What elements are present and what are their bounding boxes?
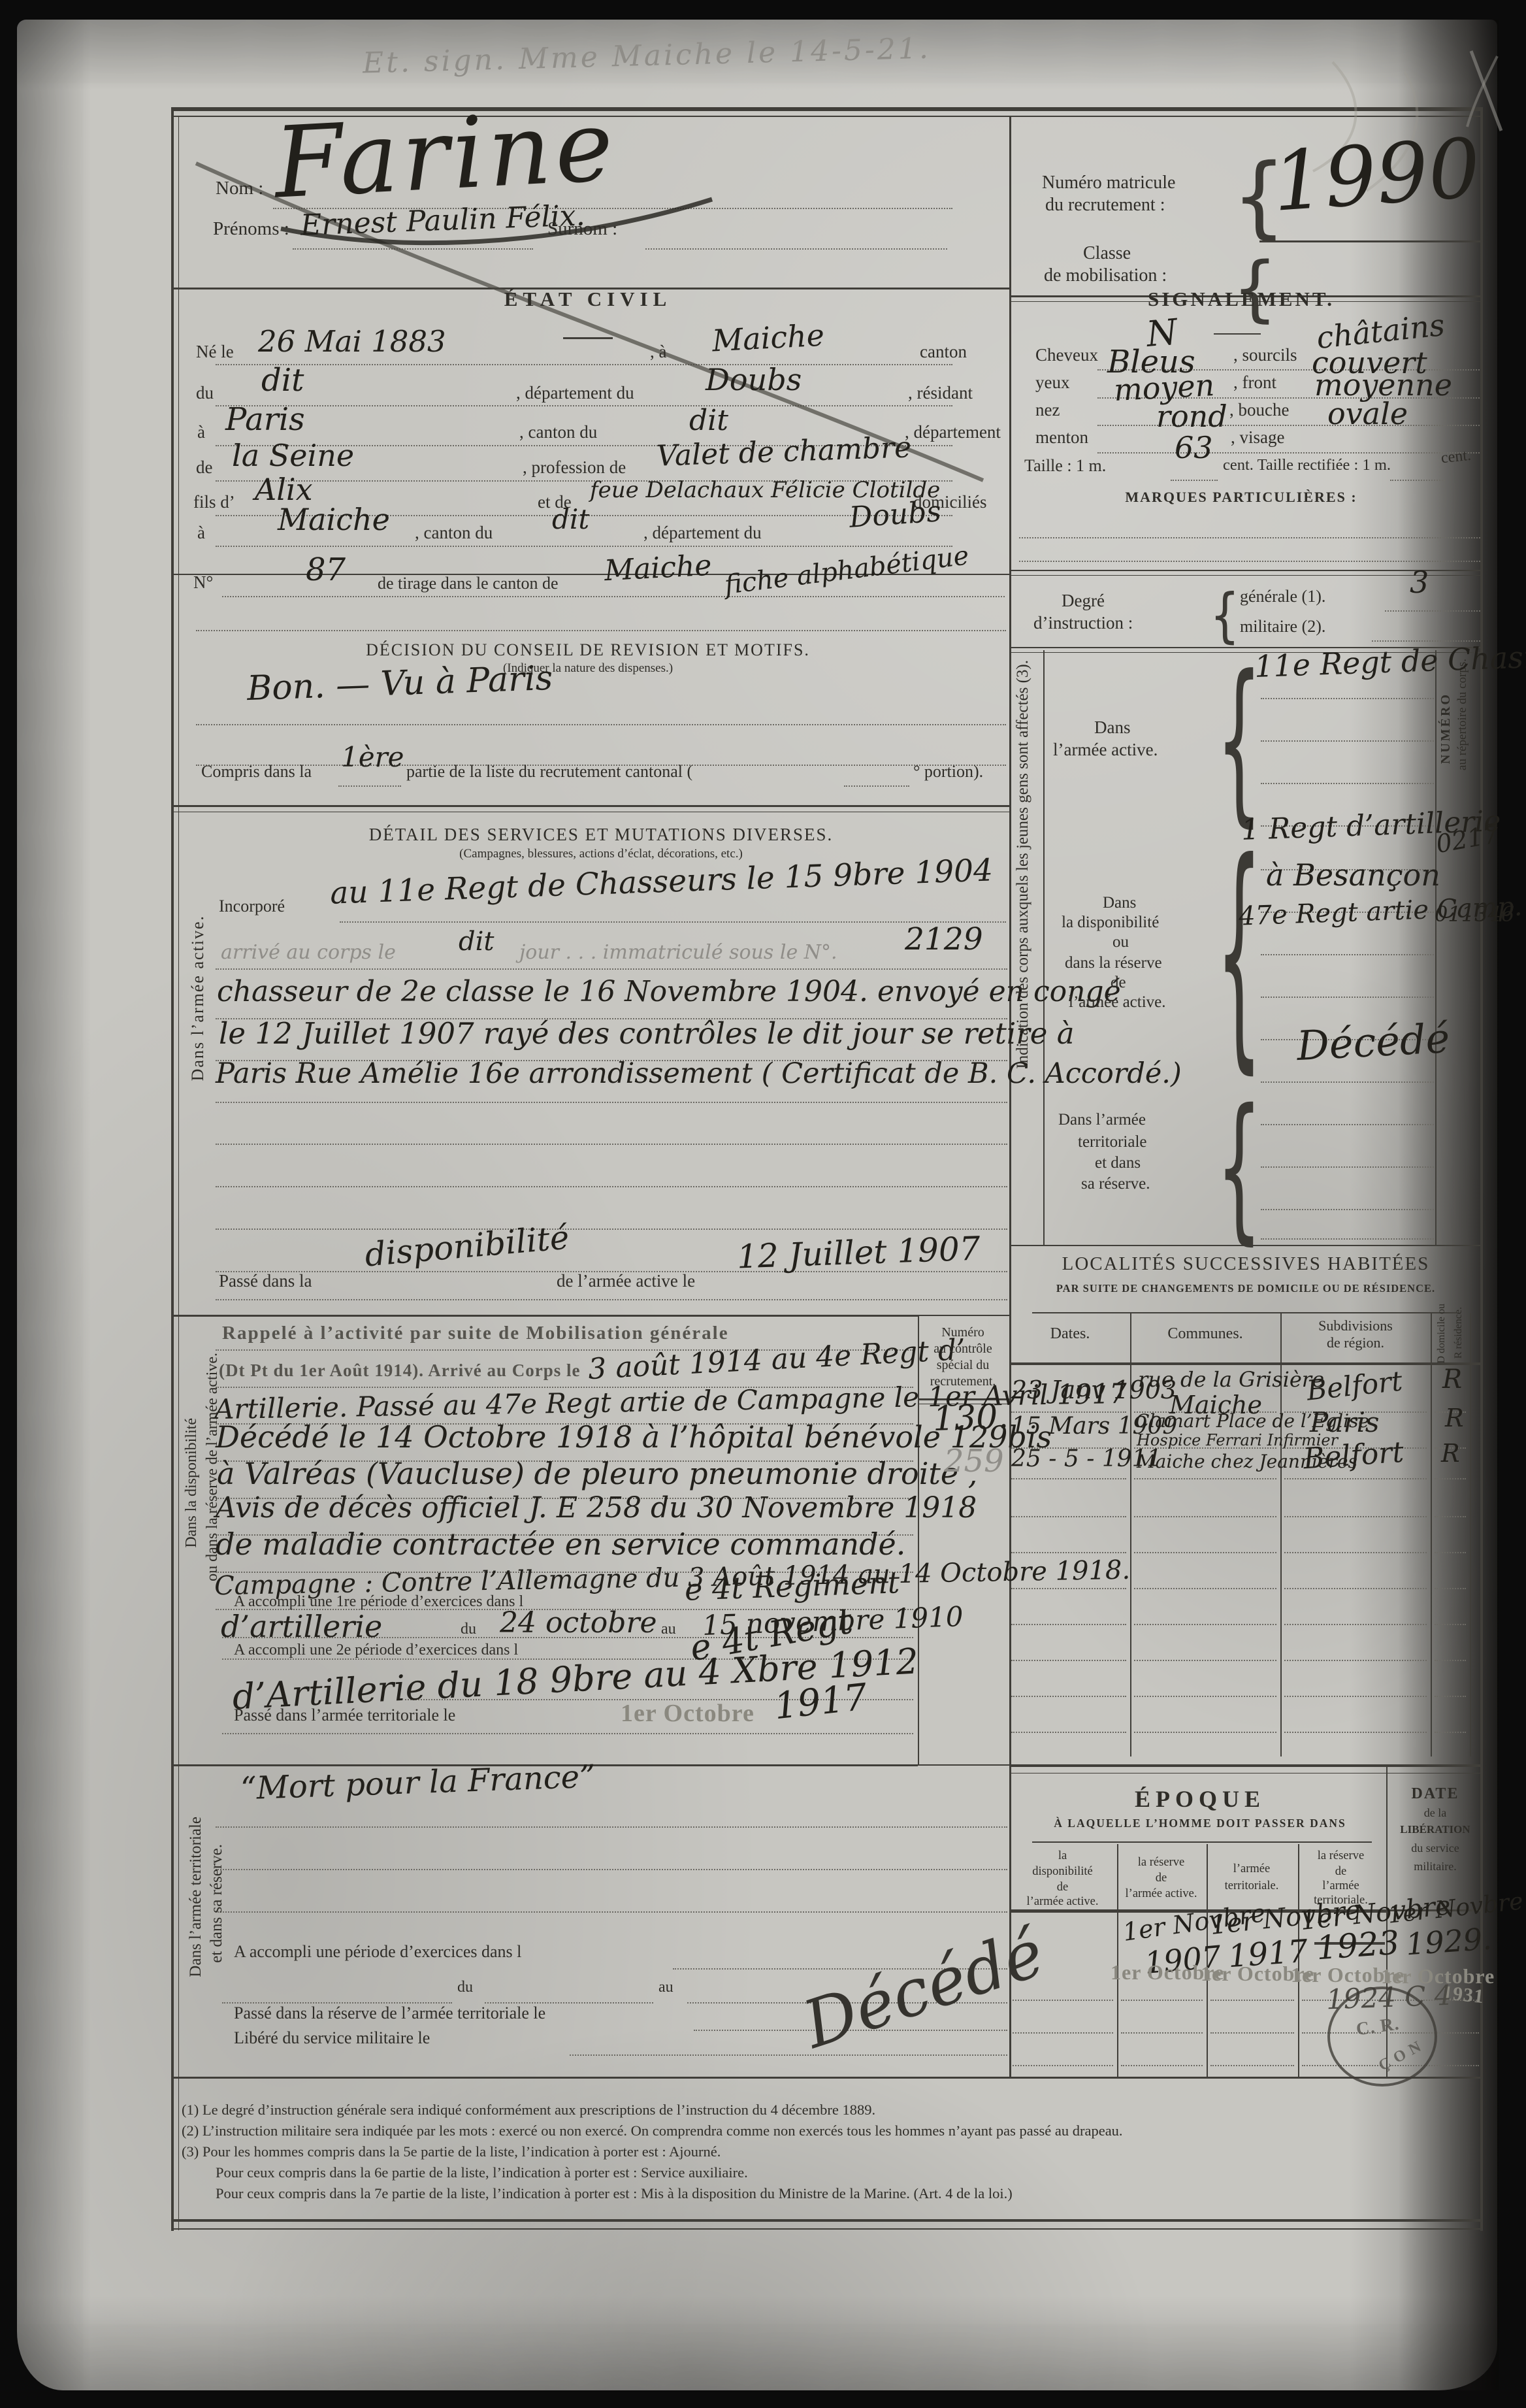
front-label: , front — [1233, 372, 1276, 393]
numero-controle-h4: recrutement. — [920, 1374, 1006, 1389]
periode1-date1: 24 octobre — [500, 1606, 657, 1640]
passe-disponibilite-label: Passé dans la — [219, 1271, 312, 1291]
dispo-label-2: la disponibilité — [1062, 914, 1159, 932]
localite-row3-dr: R — [1441, 1439, 1460, 1468]
nom-label: Nom : — [216, 178, 263, 199]
a-label: , à — [650, 342, 666, 362]
taille-value: 63 — [1175, 430, 1213, 465]
deces-line: Décédé le 14 Octobre 1918 à l’hôpital bé… — [216, 1419, 1052, 1455]
classe-label-line1: Classe — [1083, 243, 1131, 264]
degre-label-2: d’instruction : — [1033, 613, 1133, 633]
periode1-arme: d’artillerie — [221, 1609, 382, 1644]
side-label-disponibilite-1: Dans la disponibilité — [183, 1418, 201, 1548]
epoque-col4-h1: la réserve — [1298, 1849, 1384, 1863]
departement-residence-value: la Seine — [232, 438, 354, 473]
instruction-generale-label: générale (1). — [1240, 587, 1325, 606]
compris-label: Compris dans la — [201, 762, 312, 782]
scanned-military-record-page: Et. sign. Mme Maiche le 14-5-21. Farine … — [0, 0, 1526, 2408]
yeux-label: yeux — [1035, 372, 1069, 393]
dispo-label-5: de — [1111, 974, 1126, 992]
sourcils-label: , sourcils — [1233, 345, 1297, 365]
de-label: de — [196, 457, 212, 478]
cheveux-label: Cheveux — [1035, 345, 1098, 365]
localite-row2-dr: R — [1445, 1404, 1464, 1432]
immatricule-number: 2129 — [905, 921, 983, 957]
epoque-col4-h2: de — [1298, 1865, 1384, 1879]
signalement-title: SIGNALEMENT. — [1045, 288, 1437, 311]
passe-armee-active-label: de l’armée active le — [557, 1271, 695, 1291]
epoque-col1-h3: de — [1009, 1881, 1116, 1894]
matricule-number: 1990 — [1269, 121, 1483, 230]
matricule-label-line1: Numéro matricule — [1042, 173, 1175, 193]
periode1-label: A accompli une 1re période d’exercices d… — [234, 1593, 523, 1611]
footnote-3: (3) Pour les hommes compris dans la 5e p… — [182, 2143, 721, 2160]
col-dr-header-2: R résidence. — [1453, 1307, 1465, 1359]
corps-terr-label-2: territoriale — [1078, 1133, 1147, 1151]
epoque-col3-h2: territoriale. — [1207, 1879, 1297, 1893]
domicile-canton-label: , canton du — [415, 523, 493, 543]
domicile-a-label: à — [197, 523, 205, 543]
corps-terr-label-1: Dans l’armée — [1058, 1111, 1146, 1129]
compris-value: 1ère — [341, 741, 404, 773]
col-subdiv-header-2: de région. — [1284, 1334, 1427, 1351]
periode1-du-label: du — [461, 1621, 476, 1638]
libere-label: Libéré du service militaire le — [234, 2028, 430, 2048]
domicile-departement-value: Doubs — [848, 495, 942, 535]
dispo-label-6: l’armée active. — [1069, 993, 1166, 1012]
epoque-col2-h3: l’armée active. — [1117, 1887, 1205, 1901]
passe-territoriale-label: Passé dans l’armée territoriale le — [234, 1706, 455, 1725]
canton-dit-value: dit — [261, 362, 304, 399]
incorpore-label: Incorporé — [219, 897, 285, 916]
footnote-1: (1) Le degré d’instruction générale sera… — [182, 2102, 875, 2119]
maladie-line: de maladie contractée en service command… — [216, 1526, 905, 1562]
localites-subtitle: PAR SUITE DE CHANGEMENTS DE DOMICILE OU … — [1017, 1282, 1474, 1295]
tirage-label: de tirage dans le canton de — [378, 574, 559, 593]
reserve-territoriale-label: Passé dans la réserve de l’armée territo… — [234, 2004, 545, 2023]
taille-cent-label: cent. — [1440, 447, 1472, 468]
bouche-label: , bouche — [1229, 400, 1289, 420]
col-dr-header-1: D domicile ou — [1436, 1304, 1448, 1364]
compris-label-2: partie de la liste du recrutement canton… — [406, 762, 692, 782]
date-header-1: DATE — [1389, 1785, 1482, 1803]
rappele-stamp-line2: (Dt Pt du 1er Août 1914). Arrivé au Corp… — [219, 1361, 580, 1381]
degre-label-1: Degré — [1062, 591, 1105, 611]
departement-value: Doubs — [706, 362, 802, 397]
instruction-generale-value: 3 — [1410, 565, 1429, 600]
dispo-label-4: dans la réserve — [1065, 954, 1162, 972]
periode-territoriale-label: A accompli une période d’exercices dans … — [234, 1942, 521, 1962]
localites-title: LOCALITÉS SUCCESSIVES HABITÉES — [1017, 1253, 1474, 1275]
periode2-label: A accompli une 2e période d’exercices da… — [234, 1641, 518, 1659]
side-label-territoriale-2: et dans sa réserve. — [208, 1844, 226, 1963]
dispo-entry-2: à Besançon — [1266, 857, 1440, 893]
au-label: au — [658, 1979, 674, 1996]
armee-active-label-2: l’armée active. — [1053, 740, 1158, 760]
canton-du-label: , canton du — [519, 422, 597, 442]
taille-label: Taille : 1 m. — [1024, 456, 1106, 476]
du-label: du — [196, 383, 214, 403]
epoque-col1-h1: la — [1009, 1849, 1116, 1863]
birth-place-value: Maiche — [711, 318, 825, 359]
compris-label-3: ° portion). — [913, 762, 983, 782]
residence-value: Paris — [225, 401, 305, 438]
epoque-col1-h2: disponibilité — [1009, 1865, 1116, 1879]
localite-row3-subdiv: Belfort — [1302, 1436, 1404, 1476]
ne-le-label: Né le — [196, 342, 234, 362]
rappele-stamp-line1: Rappelé à l’activité par suite de Mobili… — [222, 1323, 729, 1344]
footnote-4: Pour ceux compris dans la 6e partie de l… — [216, 2164, 748, 2181]
dispo-brace: { — [1216, 830, 1262, 1074]
domicile-departement-label: , département du — [643, 523, 762, 543]
pencil-corner-stroke — [1471, 51, 1501, 131]
residence-a-label: à — [197, 422, 205, 442]
profession-label: , profession de — [523, 457, 626, 478]
footnote-2: (2) L’instruction militaire sera indiqué… — [182, 2122, 1123, 2139]
col-communes-header: Communes. — [1134, 1325, 1276, 1343]
surnom-label: Surnom : — [547, 218, 617, 240]
deces-place-line: à Valréas (Vaucluse) de pleuro pneumonie… — [217, 1456, 977, 1491]
numero-controle-h1: Numéro — [920, 1325, 1006, 1340]
domicile-canton-value: dit — [552, 503, 589, 535]
etat-civil-title: ÉTAT CIVIL — [405, 288, 771, 311]
footnote-5: Pour ceux compris dans la 7e partie de l… — [216, 2185, 1013, 2202]
instruction-militaire-label: militaire (2). — [1240, 617, 1325, 636]
matricule-label-line2: du recrutement : — [1045, 195, 1165, 216]
numero-controle-value: 130. — [932, 1397, 1009, 1439]
avis-deces-line: Avis de décès officiel J. E 258 du 30 No… — [216, 1491, 977, 1525]
col-subdiv-header-1: Subdivisions — [1284, 1317, 1427, 1334]
periode1-au-label: au — [661, 1621, 676, 1638]
armee-active-label-1: Dans — [1094, 717, 1131, 738]
taille-rectifiee-label: cent. Taille rectifiée : 1 m. — [1223, 456, 1391, 474]
col-dates-header: Dates. — [1011, 1325, 1129, 1343]
domicile-value: Maiche — [278, 502, 390, 537]
localite-row1-commune1: rue de la Grisière — [1138, 1367, 1324, 1392]
dispo-label-1: Dans — [1103, 894, 1136, 912]
visage-label: , visage — [1231, 427, 1284, 448]
departement-label: , département du — [516, 383, 634, 403]
nez-label: nez — [1035, 400, 1060, 420]
arrive-stamp-label-2: jour . . . immatriculé sous le N°. — [519, 941, 837, 964]
localite-row1-dr: R — [1442, 1364, 1462, 1394]
prenoms-label: Prénoms : — [213, 218, 289, 240]
numero-controle-pencil: 259 — [944, 1443, 1004, 1479]
services-title: DÉTAIL DES SERVICES ET MUTATIONS DIVERSE… — [222, 825, 980, 845]
epoque-v4-line2: 1923 — [1315, 1924, 1401, 1968]
tirage-no-label: N° — [193, 572, 213, 593]
localite-row2-subdiv: Paris — [1310, 1406, 1379, 1438]
menton-value: rond — [1156, 399, 1227, 434]
service-line-5: Paris Rue Amélie 16e arrondissement ( Ce… — [216, 1057, 1182, 1090]
canton-du-value: dit — [689, 404, 728, 437]
corps-terr-brace: { — [1216, 1088, 1262, 1246]
date-header-5: militaire. — [1389, 1860, 1482, 1873]
fils-de-label: fils d’ — [193, 492, 235, 512]
dispo-label-3: ou — [1112, 933, 1129, 951]
date-header-3: LIBÉRATION — [1389, 1823, 1482, 1836]
dispo-num-2: 011346 — [1435, 902, 1514, 927]
epoque-subtitle: À LAQUELLE L’HOMME DOIT PASSER DANS — [1017, 1817, 1383, 1830]
epoque-v5-line2: 1929. — [1404, 1921, 1493, 1962]
service-line-3: chasseur de 2e classe le 16 Novembre 190… — [217, 975, 1121, 1008]
marques-label: MARQUES PARTICULIÈRES : — [1045, 489, 1437, 506]
side-label-territoriale-1: Dans l’armée territoriale — [187, 1817, 205, 1977]
service-line-4: le 12 Juillet 1907 rayé des contrôles le… — [219, 1016, 1075, 1051]
arrive-dit-value: dit — [459, 927, 494, 957]
epoque-col3-h1: l’armée — [1207, 1862, 1297, 1876]
epoque-col2-h1: la réserve — [1117, 1856, 1205, 1870]
corps-terr-label-3: et dans — [1095, 1154, 1141, 1172]
visage-value: ovale — [1327, 396, 1408, 431]
arrive-stamp-label: arrivé au corps le — [221, 941, 396, 964]
corps-decede: Décédé — [1295, 1014, 1451, 1070]
date-header-2: de la — [1389, 1806, 1482, 1820]
du-label: du — [457, 1979, 473, 1996]
menton-label: menton — [1035, 427, 1088, 448]
numero-controle-h2: au contrôle — [920, 1342, 1006, 1357]
corps-terr-label-4: sa réserve. — [1081, 1175, 1150, 1193]
pencil-corner-stroke-2 — [1467, 56, 1497, 127]
decision-title: DÉCISION DU CONSEIL DE REVISION ET MOTIF… — [242, 640, 934, 660]
epoque-col1-h4: l’armée active. — [1009, 1895, 1116, 1909]
epoque-col4-h3: l’armée — [1298, 1879, 1384, 1893]
territoriale-date-stamp: 1er Octobre — [621, 1699, 755, 1728]
classe-label-line2: de mobilisation : — [1044, 265, 1167, 286]
epoque-col2-h2: de — [1117, 1872, 1205, 1885]
tirage-no-value: 87 — [306, 552, 346, 588]
canton-label: canton — [920, 342, 967, 362]
periode1-regiment: e 4t Regiment — [684, 1564, 900, 1607]
numero-repertoire-label-1: NUMÉRO — [1438, 693, 1453, 764]
date-header-4: du service — [1389, 1841, 1482, 1855]
side-label-indication-corps: Indication des corps auxquels les jeunes… — [1014, 660, 1032, 1069]
residant-label: , résidant — [908, 383, 973, 403]
side-label-armee-active: Dans l’armée active. — [188, 915, 208, 1081]
tirage-canton-value: Maiche — [604, 549, 713, 588]
birth-date-value: 26 Mai 1883 — [258, 324, 446, 359]
departement2-label: , département — [905, 422, 1001, 442]
numero-controle-h3: spécial du — [920, 1358, 1006, 1373]
epoque-title: ÉPOQUE — [1017, 1785, 1383, 1813]
degre-brace: { — [1210, 586, 1240, 644]
